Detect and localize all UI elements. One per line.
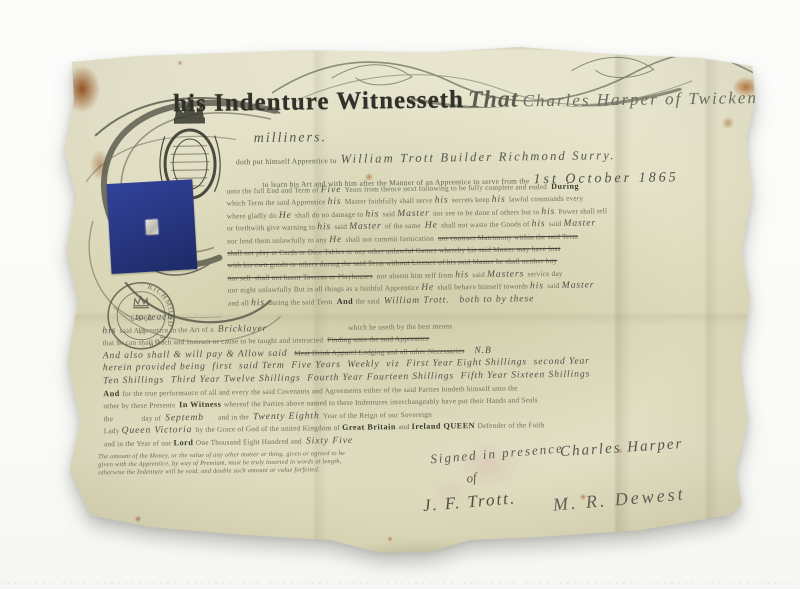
subline-script: milliners.	[254, 130, 327, 147]
signed-of: of	[466, 470, 478, 487]
title-blackletter: his Indenture Witnesseth	[173, 86, 464, 117]
body-block-2: to teach ——————his said Apprentice in th…	[102, 303, 759, 451]
body-block-1: unto the full End and Term of Five Years…	[226, 178, 758, 309]
parchment: his Indenture Witnesseth That Charles Ha…	[60, 45, 760, 560]
apprentice-to-line: doth put himself Apprentice to William T…	[236, 146, 616, 169]
crown-icon	[133, 297, 149, 308]
premium-notice: The amount of the Money, or the value of…	[98, 449, 428, 478]
apprentice-to-print: doth put himself Apprentice to	[236, 156, 337, 166]
emboss-seal	[146, 219, 159, 235]
witness-signature-trott: J. F. Trott.	[422, 488, 517, 516]
title-that: That	[468, 86, 519, 113]
indenture-document: his Indenture Witnesseth That Charles Ha…	[60, 45, 760, 560]
blue-duty-stamp	[106, 179, 197, 274]
master-name-script: William Trott Builder Richmond Surry.	[341, 148, 616, 166]
witness-signature-2: M. R. Dewest	[552, 484, 686, 516]
photo-background: his Indenture Witnesseth That Charles Ha…	[0, 0, 800, 589]
cropped-caption-strip: ········ ···· ············ ······· ··· ·…	[0, 578, 800, 589]
apprentice-name-script: Charles Harper of Twickenham	[523, 88, 794, 111]
